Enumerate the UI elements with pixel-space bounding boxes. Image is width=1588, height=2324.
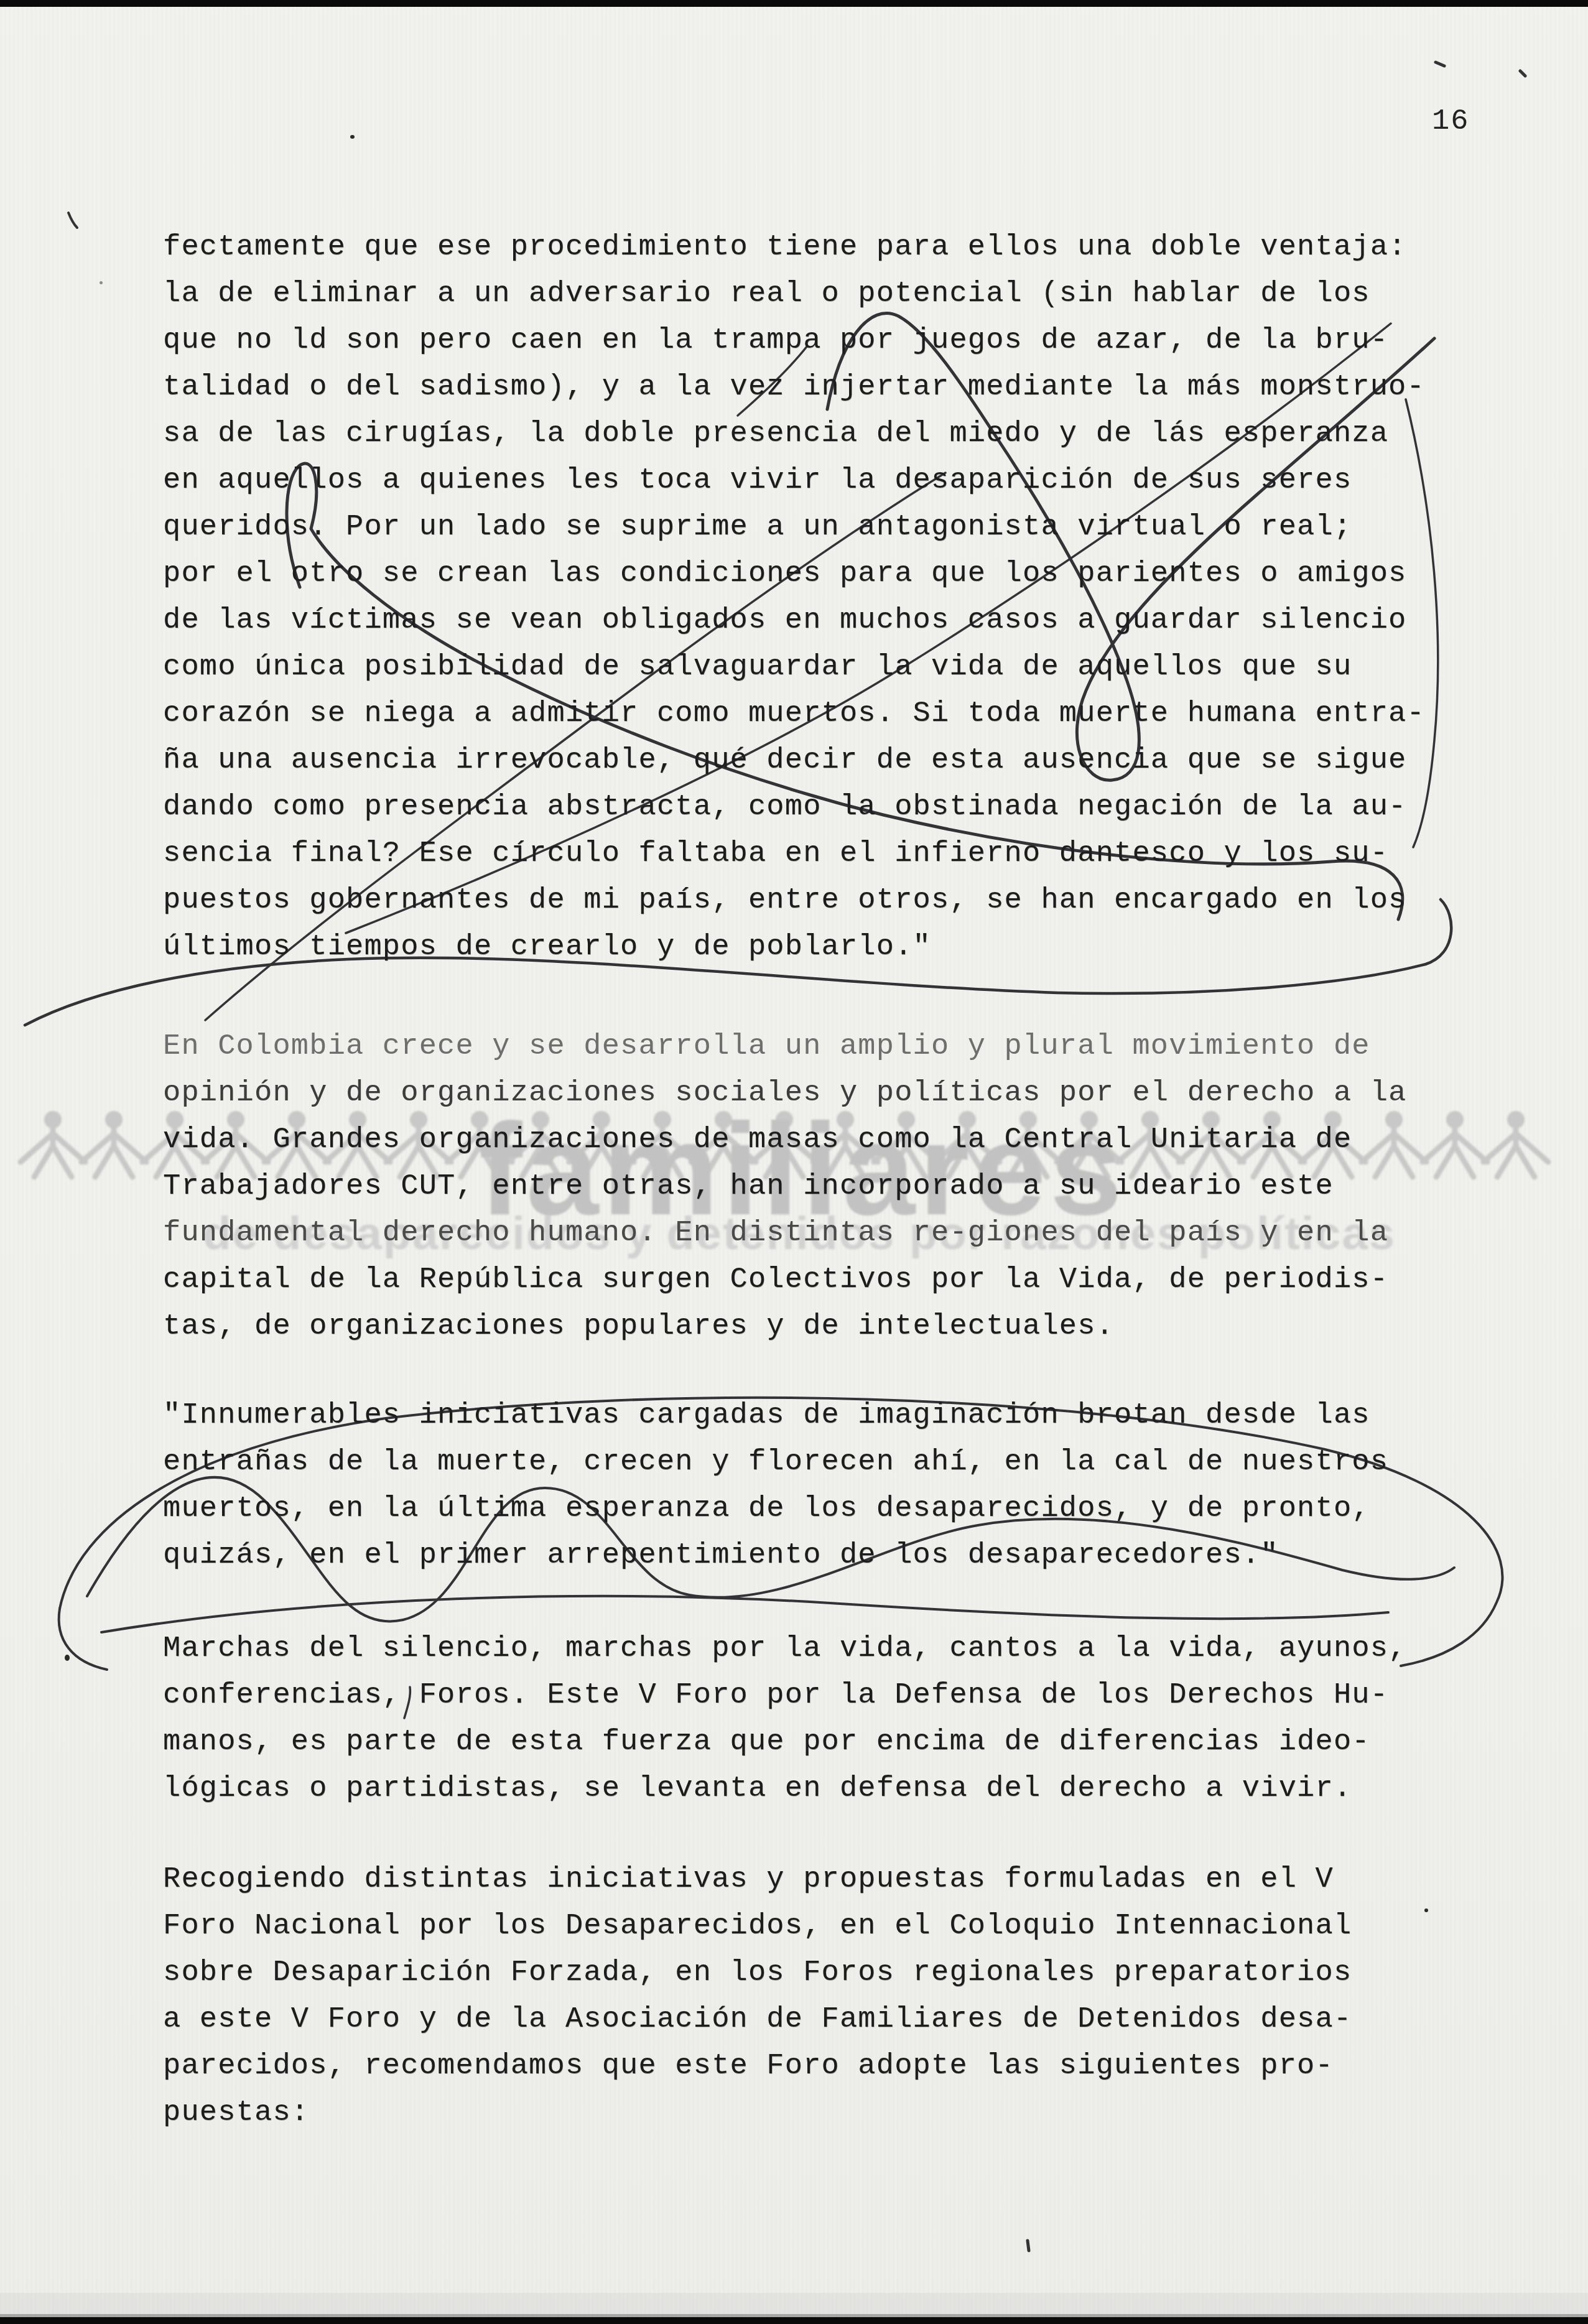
scan-speck [1424, 1908, 1428, 1912]
pen-stroke [1028, 2241, 1029, 2251]
scan-speck [100, 281, 103, 284]
pen-stroke [738, 346, 807, 416]
pen-annotations-overlay [0, 0, 1588, 2324]
pen-stroke [287, 463, 1403, 919]
pen-stroke [68, 213, 77, 228]
scan-speck [65, 1655, 70, 1661]
scan-edge-bottom [0, 2317, 1588, 2324]
pen-stroke [101, 1596, 1388, 1632]
pen-stroke [205, 473, 945, 1020]
pen-stroke [60, 1398, 1502, 1666]
scan-edge-haze [0, 2293, 1588, 2314]
pen-stroke [827, 314, 1434, 781]
pen-stroke [404, 1687, 410, 1718]
pen-stroke [25, 899, 1451, 1025]
scanned-document-page: { "page_number": "16", "watermark": { "t… [0, 0, 1588, 2324]
pen-stroke [1436, 62, 1444, 66]
pen-stroke [346, 323, 1391, 933]
scan-edge-top [0, 0, 1588, 7]
pen-stroke [1520, 71, 1525, 76]
pen-stroke [1406, 399, 1438, 847]
scan-speck [350, 135, 355, 139]
